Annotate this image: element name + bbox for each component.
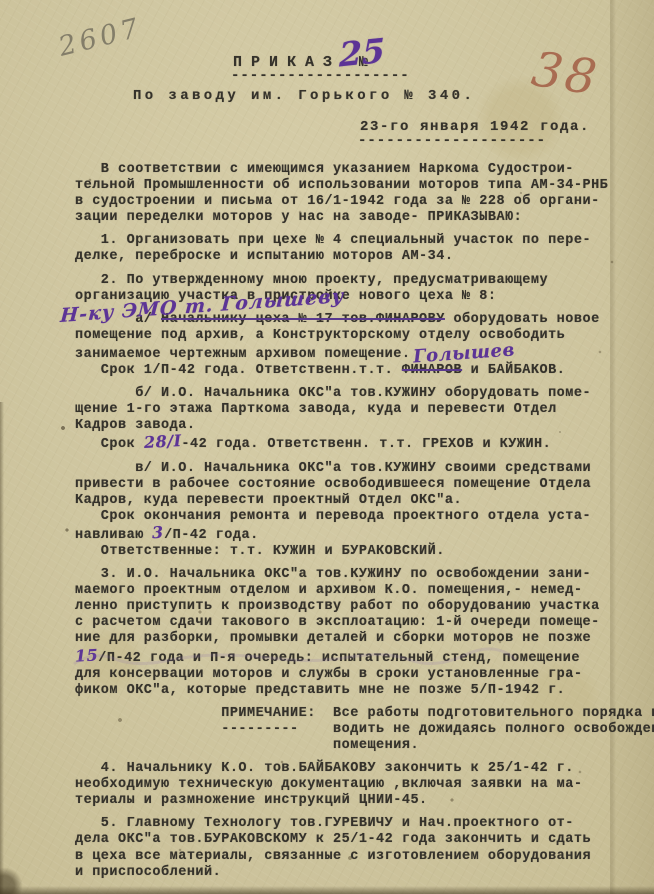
text-line: в судостроении и письма от 16/1-1942 год… [75, 194, 626, 210]
text-line: зации переделки моторов у нас на заводе-… [75, 210, 626, 226]
item-5: 5. Главному Технологу тов.ГУРЕВИЧУ и Нач… [75, 816, 626, 880]
text-line: в/ И.О. Начальника ОКС"а тов.КУЖИНУ свои… [75, 461, 626, 477]
text-line: Кадров, куда перевести проектный Отдел О… [75, 493, 626, 509]
text-line: 1. Организовать при цехе № 4 специальный… [75, 233, 626, 249]
text-line: в цеха все материалы, связанные с изгото… [75, 849, 626, 865]
text-line: тельной Промышленности об использовании … [75, 178, 626, 194]
text-line: и приспособлений. [75, 865, 626, 881]
intro-paragraph: В соответствии с имеющимся указанием Нар… [75, 162, 626, 226]
line-text: занимаемое чертежным архивом помещение. [75, 347, 410, 362]
text-line: ние для разборки, промывки деталей и сбо… [75, 631, 626, 647]
text-line: щение 1-го этажа Парткома завода, куда и… [75, 402, 626, 418]
text-line: Ответственные: т.т. КУЖИН и БУРАКОВСКИЙ. [75, 544, 626, 560]
text-line: дела ОКС"а тов.БУРАКОВСКОМУ к 25/1-42 го… [75, 832, 626, 848]
red-crayon-page-number: 38 [528, 41, 603, 107]
text-line: с расчетом сдачи такового в эксплоатацию… [75, 615, 626, 631]
text-line: б/ И.О. Начальника ОКС"а тов.КУЖИНУ обор… [75, 386, 626, 402]
text-line: 5. Главному Технологу тов.ГУРЕВИЧУ и Нач… [75, 816, 626, 832]
text-line: привести в рабочее состояние освободивше… [75, 477, 626, 493]
handwritten-date: 28/I [143, 433, 181, 451]
text-line: необходимую техническую документацию ,вк… [75, 777, 626, 793]
item-3: 3. И.О. Начальника ОКС"а тов.КУЖИНУ по о… [75, 567, 626, 699]
text-line: маемого проектным отделом и архивом К.О.… [75, 583, 626, 599]
line-suffix: -42 года. Ответственн. т.т. ГРЕХОВ и КУЖ… [181, 437, 551, 452]
item-2b: б/ И.О. Начальника ОКС"а тов.КУЖИНУ обор… [75, 386, 626, 453]
line-suffix: /П-42 года. [164, 528, 259, 543]
paper-edge-left [0, 402, 4, 894]
text-line: 2. По утвержденному мною проекту, предус… [75, 273, 626, 289]
handwritten-date: 15 [75, 647, 99, 664]
text-line: навливаю 3/П-42 года. [75, 525, 626, 544]
factory-line: По заводу им. Горького № 340. [133, 88, 475, 104]
text-line: ленно приступить к производству работ по… [75, 599, 626, 615]
text-line: занимаемое чертежным архивом помещение.Г… [75, 344, 626, 363]
item-2v: в/ И.О. Начальника ОКС"а тов.КУЖИНУ свои… [75, 461, 626, 561]
text-line: помещение под архив, а Конструкторскому … [75, 328, 626, 344]
line-suffix: оборудовать новое [445, 312, 600, 327]
text-line: 15/П-42 года и П-я очередь: испытательны… [75, 648, 626, 667]
date-underline: -------------------- [358, 133, 546, 149]
text-line: фиком ОКС"а, которые представить мне не … [75, 683, 626, 699]
text-line: --------- водить не дожидаясь полного ос… [75, 722, 626, 738]
pencil-archive-number: 2607 [56, 12, 146, 63]
text-line: помещения. [75, 738, 626, 754]
text-line: Срок 1/П-42 года. Ответственн.т.т. ФИНАР… [75, 363, 626, 379]
line-prefix: Срок [75, 437, 144, 452]
line-prefix: Срок 1/П-42 года. Ответственн.т.т. [75, 363, 402, 378]
item-1: 1. Организовать при цехе № 4 специальный… [75, 233, 626, 265]
title-underline: ------------------- [231, 68, 410, 84]
text-line: В соответствии с имеющимся указанием Нар… [75, 162, 626, 178]
line-prefix: навливаю [75, 528, 152, 543]
text-line: для консервации моторов и службы в сроки… [75, 667, 626, 683]
text-line: териалы и размножение инструкций ЦНИИ-45… [75, 793, 626, 809]
note-paragraph: ПРИМЕЧАНИЕ: Все работы подготовительного… [75, 706, 626, 754]
text-line: Срок 28/I-42 года. Ответственн. т.т. ГРЕ… [75, 434, 626, 453]
line-suffix: /П-42 года и П-я очередь: испытательный … [98, 651, 580, 666]
scanned-document-page: 2607 38 ПРИКАЗ № 25 ------------------- … [0, 0, 654, 894]
text-line: ПРИМЕЧАНИЕ: Все работы подготовительного… [75, 706, 626, 722]
line-suffix: и БАЙБАКОВ. [462, 363, 565, 378]
text-line: делке, переброске и испытанию моторов АМ… [75, 249, 626, 265]
document-body: В соответствии с имеющимся указанием Нар… [75, 162, 626, 888]
item-2a: а/ Начальнику цеха № 17 тов.ФИНАРОВУ обо… [75, 312, 626, 379]
item-4: 4. Начальнику К.О. тов.БАЙБАКОВУ закончи… [75, 761, 626, 809]
text-line: 4. Начальнику К.О. тов.БАЙБАКОВУ закончи… [75, 761, 626, 777]
text-line: 3. И.О. Начальника ОКС"а тов.КУЖИНУ по о… [75, 567, 626, 583]
handwritten-date: 3 [152, 525, 164, 542]
